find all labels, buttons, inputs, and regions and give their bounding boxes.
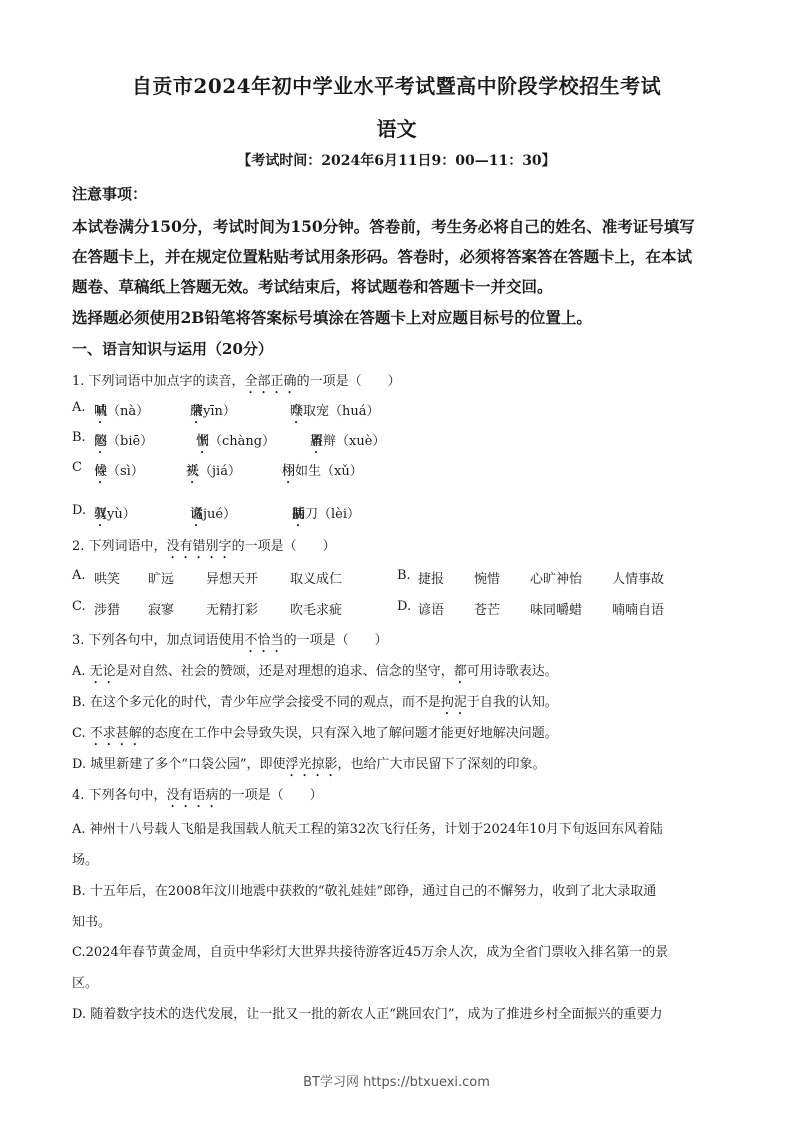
word: 旷远 xyxy=(148,568,174,587)
section-heading: 一、语言知识与运用（20分） xyxy=(72,338,273,359)
word: 哄笑 xyxy=(94,568,120,587)
word: 苍芒 xyxy=(474,599,500,618)
exam-page: 自贡市2024年初中学业水平考试暨高中阶段学校招生考试 语文 【考试时间：202… xyxy=(0,0,793,1122)
question-4-option-b: B. 十五年后，在2008年汶川地震中获救的“敬礼娃娃”郎铮，通过自己的不懈努力… xyxy=(72,880,656,899)
word: 吹毛求疵 xyxy=(290,599,342,618)
question-4-option-b-cont: 知书。 xyxy=(72,911,111,930)
question-4-stem: 4. 下列各句中，没有语病的一项是（ ） xyxy=(72,784,323,811)
question-4-option-a: A. 神州十八号载人飞船是我国载人航天工程的第32次飞行任务，计划于2024年1… xyxy=(72,818,663,837)
word: 惋惜 xyxy=(474,568,500,587)
word: 寂寥 xyxy=(148,599,174,618)
word: 涉猎 xyxy=(94,599,120,618)
word: 捷报 xyxy=(418,568,444,587)
stem-emphasis: 全部正确 xyxy=(245,374,297,389)
question-4-option-c: C.2024年春节黄金周，自贡中华彩灯大世界共接待游客近45万余人次，成为全省门… xyxy=(72,941,668,960)
notice-line: 题卷、草稿纸上答题无效。考试结束后，将试题卷和答题卡一并交回。 xyxy=(72,275,553,297)
question-4-option-d: D. 随着数字技术的迭代发展，让一批又一批的新农人正“跳回农门”，成为了推进乡村… xyxy=(72,1003,663,1022)
word: 异想天开 xyxy=(206,568,258,587)
stem-text: 1. 下列词语中加点字的读音， xyxy=(72,374,245,389)
word: 谚语 xyxy=(418,599,444,618)
notice-heading: 注意事项： xyxy=(72,183,147,204)
question-3-option-b: B. 在这个多元化的时代，青少年应学会接受不同的观点，而不是拘泥于自我的认知。 xyxy=(72,691,558,718)
word: 喃喃自语 xyxy=(612,599,664,618)
exam-title: 自贡市2024年初中学业水平考试暨高中阶段学校招生考试 xyxy=(0,70,793,99)
notice-line: 选择题必须使用2B铅笔将答案标号填涂在答题卡上对应题目标号的位置上。 xyxy=(72,306,592,328)
word: 取义成仁 xyxy=(290,568,342,587)
word: 心旷神怡 xyxy=(530,568,582,587)
notice-line: 在答题卡上，并在规定位置粘贴考试用条形码。答卷时，必须将答案答在答题卡上，在本试 xyxy=(72,245,692,267)
word: 无精打彩 xyxy=(206,599,258,618)
option-label: B. xyxy=(72,430,86,445)
option-label: A. xyxy=(72,400,86,415)
stem-text: 的一项是（ ） xyxy=(297,374,401,389)
option-label: C. xyxy=(72,599,86,614)
watermark-footer: BT学习网 https://btxuexi.com xyxy=(0,1071,793,1090)
question-3-option-d: D. 城里新建了多个“口袋公园”，即使浮光掠影，也给广大市民留下了深刻的印象。 xyxy=(72,753,546,780)
question-2-stem: 2. 下列词语中，没有错别字的一项是（ ） xyxy=(72,535,336,562)
exam-time: 【考试时间：2024年6月11日9：00—11：30】 xyxy=(0,150,793,170)
option-label: B. xyxy=(397,568,411,583)
question-3-option-a: A. 无论是对自然、社会的赞颂，还是对理想的追求、信念的坚守，都可用诗歌表达。 xyxy=(72,660,558,687)
question-1-stem: 1. 下列词语中加点字的读音，全部正确的一项是（ ） xyxy=(72,370,401,397)
question-3-option-c: C. 不求甚解的态度在工作中会导致失误，只有深入地了解问题才能更好地解决问题。 xyxy=(72,722,558,749)
option-label: A. xyxy=(72,568,86,583)
question-4-option-c-cont: 区。 xyxy=(72,972,98,991)
question-4-option-a-cont: 场。 xyxy=(72,849,98,868)
option-label: D. xyxy=(72,503,86,518)
word: 人情事故 xyxy=(612,568,664,587)
word: 味同嚼蜡 xyxy=(530,599,582,618)
question-3-stem: 3. 下列各句中，加点词语使用不恰当的一项是（ ） xyxy=(72,629,388,656)
option-label: C xyxy=(72,460,82,475)
option-label: D. xyxy=(397,599,411,614)
notice-line: 本试卷满分150分，考试时间为150分钟。答卷前，考生务必将自己的姓名、准考证号… xyxy=(72,215,695,237)
subject-title: 语文 xyxy=(0,113,793,142)
